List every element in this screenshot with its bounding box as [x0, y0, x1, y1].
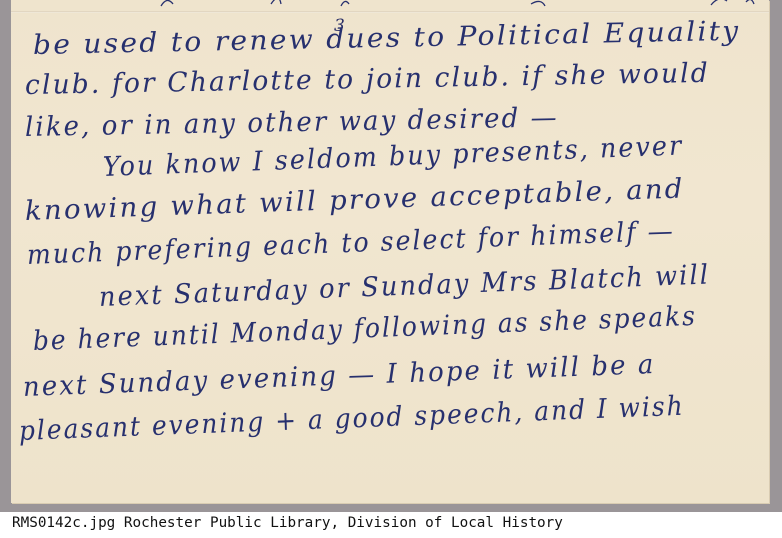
handwritten-line-1: be used to renew dues to Political Equal… — [33, 16, 741, 61]
cut-off-handwriting-top — [11, 0, 769, 8]
handwritten-line-2: club. for Charlotte to join club. if she… — [25, 58, 710, 101]
handwritten-line-6: much prefering each to select for himsel… — [26, 216, 675, 271]
handwritten-line-3: like, or in any other way desired — — [25, 102, 559, 143]
scan-mat: 3 be used to renew dues to Political Equ… — [0, 0, 782, 512]
paper-fold-line — [11, 11, 769, 13]
image-caption: RMS0142c.jpg Rochester Public Library, D… — [12, 515, 563, 531]
letter-page: 3 be used to renew dues to Political Equ… — [11, 0, 769, 503]
